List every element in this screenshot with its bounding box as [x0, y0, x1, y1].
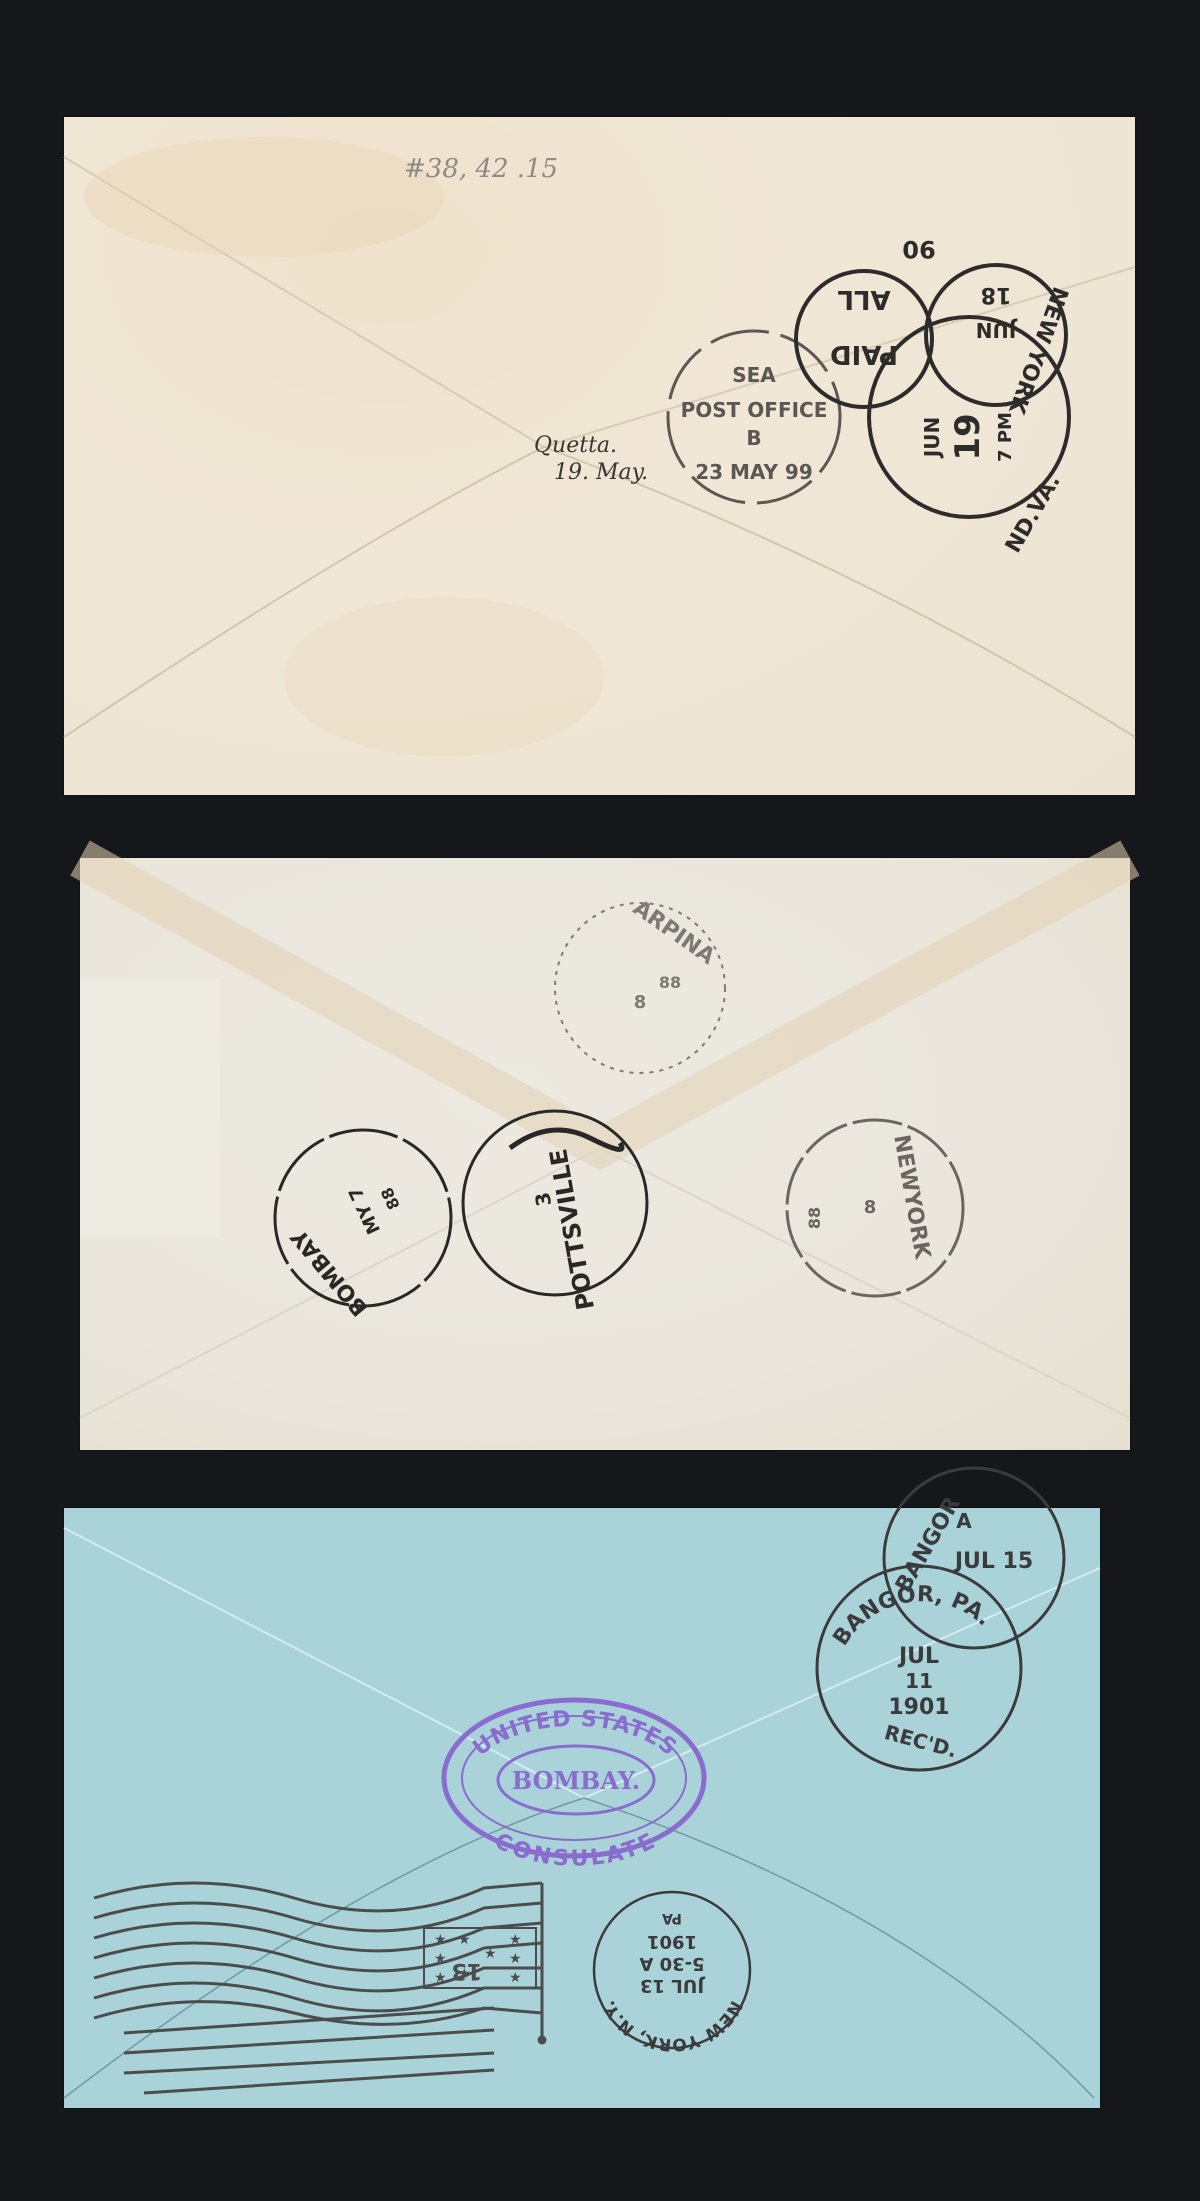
- pencil-note: #38, 42 .15: [404, 154, 558, 184]
- svg-text:★: ★: [434, 1951, 447, 1967]
- cover-3: UNITED STATES CONSULATE BOMBAY. BANGOR J…: [64, 1508, 1100, 2108]
- svg-text:NEWYORK: NEWYORK: [888, 1133, 935, 1262]
- consulate-seal: UNITED STATES CONSULATE BOMBAY.: [444, 1700, 704, 1872]
- svg-text:8: 8: [634, 992, 647, 1013]
- svg-text:SEA: SEA: [732, 363, 776, 387]
- svg-text:90: 90: [902, 235, 935, 263]
- manuscript-note-line2: 19. May.: [554, 460, 648, 485]
- cover-2-art: ARPINA 8 88 BOMBAY MY 7 88 POTTSVILLE 3 …: [80, 858, 1130, 1450]
- postmark-new-york: NEW YORK JUN 18: [926, 265, 1072, 418]
- svg-text:★: ★: [434, 1970, 447, 1986]
- svg-text:JUL: JUL: [897, 1644, 939, 1669]
- svg-text:★: ★: [509, 1951, 522, 1967]
- postmark-new-york-ny: JUL 13 5-30 A 1901 PA NEW YORK, N.Y.: [594, 1892, 750, 2054]
- svg-text:88: 88: [659, 973, 681, 992]
- postmark-faint-cds: NEWYORK 8 88: [787, 1120, 963, 1296]
- svg-text:88: 88: [377, 1184, 404, 1212]
- svg-text:JUL 15: JUL 15: [953, 1549, 1033, 1574]
- svg-text:★: ★: [509, 1932, 522, 1948]
- svg-text:★: ★: [484, 1946, 497, 1962]
- svg-text:CONSULATE: CONSULATE: [490, 1829, 660, 1872]
- svg-text:PAID: PAID: [830, 339, 898, 369]
- svg-text:ND.VA.: ND.VA.: [1001, 470, 1066, 557]
- manuscript-note-line1: Quetta.: [534, 433, 617, 458]
- svg-text:JUN: JUN: [920, 417, 944, 459]
- svg-text:18: 18: [981, 282, 1012, 307]
- svg-text:REC'D.: REC'D.: [882, 1720, 960, 1762]
- svg-text:BANGOR: BANGOR: [891, 1493, 966, 1597]
- svg-text:MY 7: MY 7: [345, 1183, 385, 1237]
- svg-text:ALL: ALL: [837, 284, 890, 314]
- postmark-paid-all: PAID ALL 90: [796, 235, 936, 407]
- seal-center-text: BOMBAY.: [512, 1766, 640, 1795]
- svg-text:POST OFFICE: POST OFFICE: [681, 398, 828, 422]
- svg-text:1901: 1901: [888, 1695, 949, 1720]
- postmark-arpina: ARPINA 8 88: [555, 896, 725, 1073]
- svg-text:★: ★: [434, 1932, 447, 1948]
- svg-text:BANGOR, PA.: BANGOR, PA.: [829, 1582, 997, 1650]
- svg-text:88: 88: [805, 1207, 824, 1229]
- svg-text:5-30 A: 5-30 A: [639, 1953, 704, 1974]
- svg-text:★: ★: [458, 1966, 471, 1982]
- cover-1: #38, 42 .15 Quetta. 19. May. SEA POST OF…: [64, 117, 1135, 795]
- svg-text:★: ★: [509, 1970, 522, 1986]
- cover-3-art: UNITED STATES CONSULATE BOMBAY. BANGOR J…: [64, 1508, 1100, 2108]
- svg-text:PA: PA: [662, 1910, 682, 1926]
- flag-cancel: 13 ★★★ ★★★ ★★★: [94, 1883, 545, 2093]
- postmark-bangor-pa: BANGOR, PA. JUL 11 1901 REC'D.: [817, 1566, 1021, 1770]
- svg-text:NEW YORK, N.Y.: NEW YORK, N.Y.: [599, 1997, 746, 2054]
- svg-text:★: ★: [458, 1932, 471, 1948]
- postmark-bombay: BOMBAY MY 7 88: [275, 1130, 451, 1320]
- svg-text:19: 19: [948, 413, 988, 460]
- svg-text:23 MAY 99: 23 MAY 99: [695, 460, 813, 484]
- svg-text:1901: 1901: [647, 1931, 697, 1952]
- svg-text:JUL 13: JUL 13: [640, 1975, 706, 1996]
- svg-text:11: 11: [905, 1669, 933, 1693]
- svg-text:3: 3: [530, 1190, 556, 1208]
- svg-text:7 PM: 7 PM: [995, 412, 1016, 462]
- svg-text:8: 8: [864, 1197, 877, 1218]
- cover-1-art: #38, 42 .15 Quetta. 19. May. SEA POST OF…: [64, 117, 1135, 795]
- postmark-sea-post-office: SEA POST OFFICE B 23 MAY 99: [668, 331, 840, 503]
- svg-text:B: B: [746, 426, 761, 450]
- seal-bottom-text: CONSULATE: [490, 1829, 660, 1872]
- svg-text:A: A: [956, 1509, 972, 1533]
- cover-2: ARPINA 8 88 BOMBAY MY 7 88 POTTSVILLE 3 …: [80, 858, 1130, 1450]
- svg-text:POTTSVILLE: POTTSVILLE: [544, 1147, 600, 1312]
